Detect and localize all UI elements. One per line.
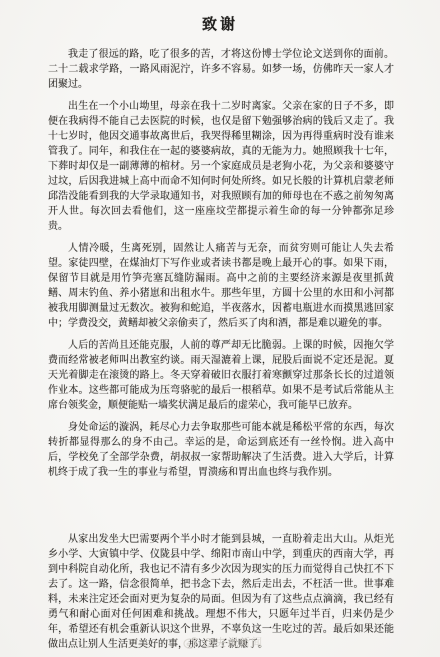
paragraph-fate: 身处命运的漩涡，耗尽心力去争取那些可能本就是稀松平常的东西，每次转折都显得那么的… [48,420,394,480]
paragraph-dignity: 人后的苦尚且还能克服，人前的尊严却无比脆弱。上课的时候，因拖欠学费而经常被老师叫… [48,338,394,413]
paragraph-poverty: 人情冷暖，生离死别，固然让人痛苦与无奈，而贫穷则可能让人失去希望。家徒四壁，在煤… [48,241,394,331]
paragraph-intro: 我走了很远的路，吃了很多的苦，才将这份博士学位论文送到你的面前。二十二载求学路，… [48,47,394,92]
news-watermark: @央视新闻 [182,634,263,650]
thesis-acknowledgement-page: 致谢 我走了很远的路，吃了很多的苦，才将这份博士学位论文送到你的面前。二十二载求… [0,0,440,657]
document-body: 我走了很远的路，吃了很多的苦，才将这份博士学位论文送到你的面前。二十二载求学路，… [0,34,440,652]
weibo-logo-icon [182,635,198,650]
watermark-label: @央视新闻 [203,634,263,650]
paragraph-family: 出生在一个小山坳里，母亲在我十二岁时离家。父亲在家的日子不多，即便在我病得不能自… [48,99,394,234]
page-title: 致谢 [0,0,440,34]
